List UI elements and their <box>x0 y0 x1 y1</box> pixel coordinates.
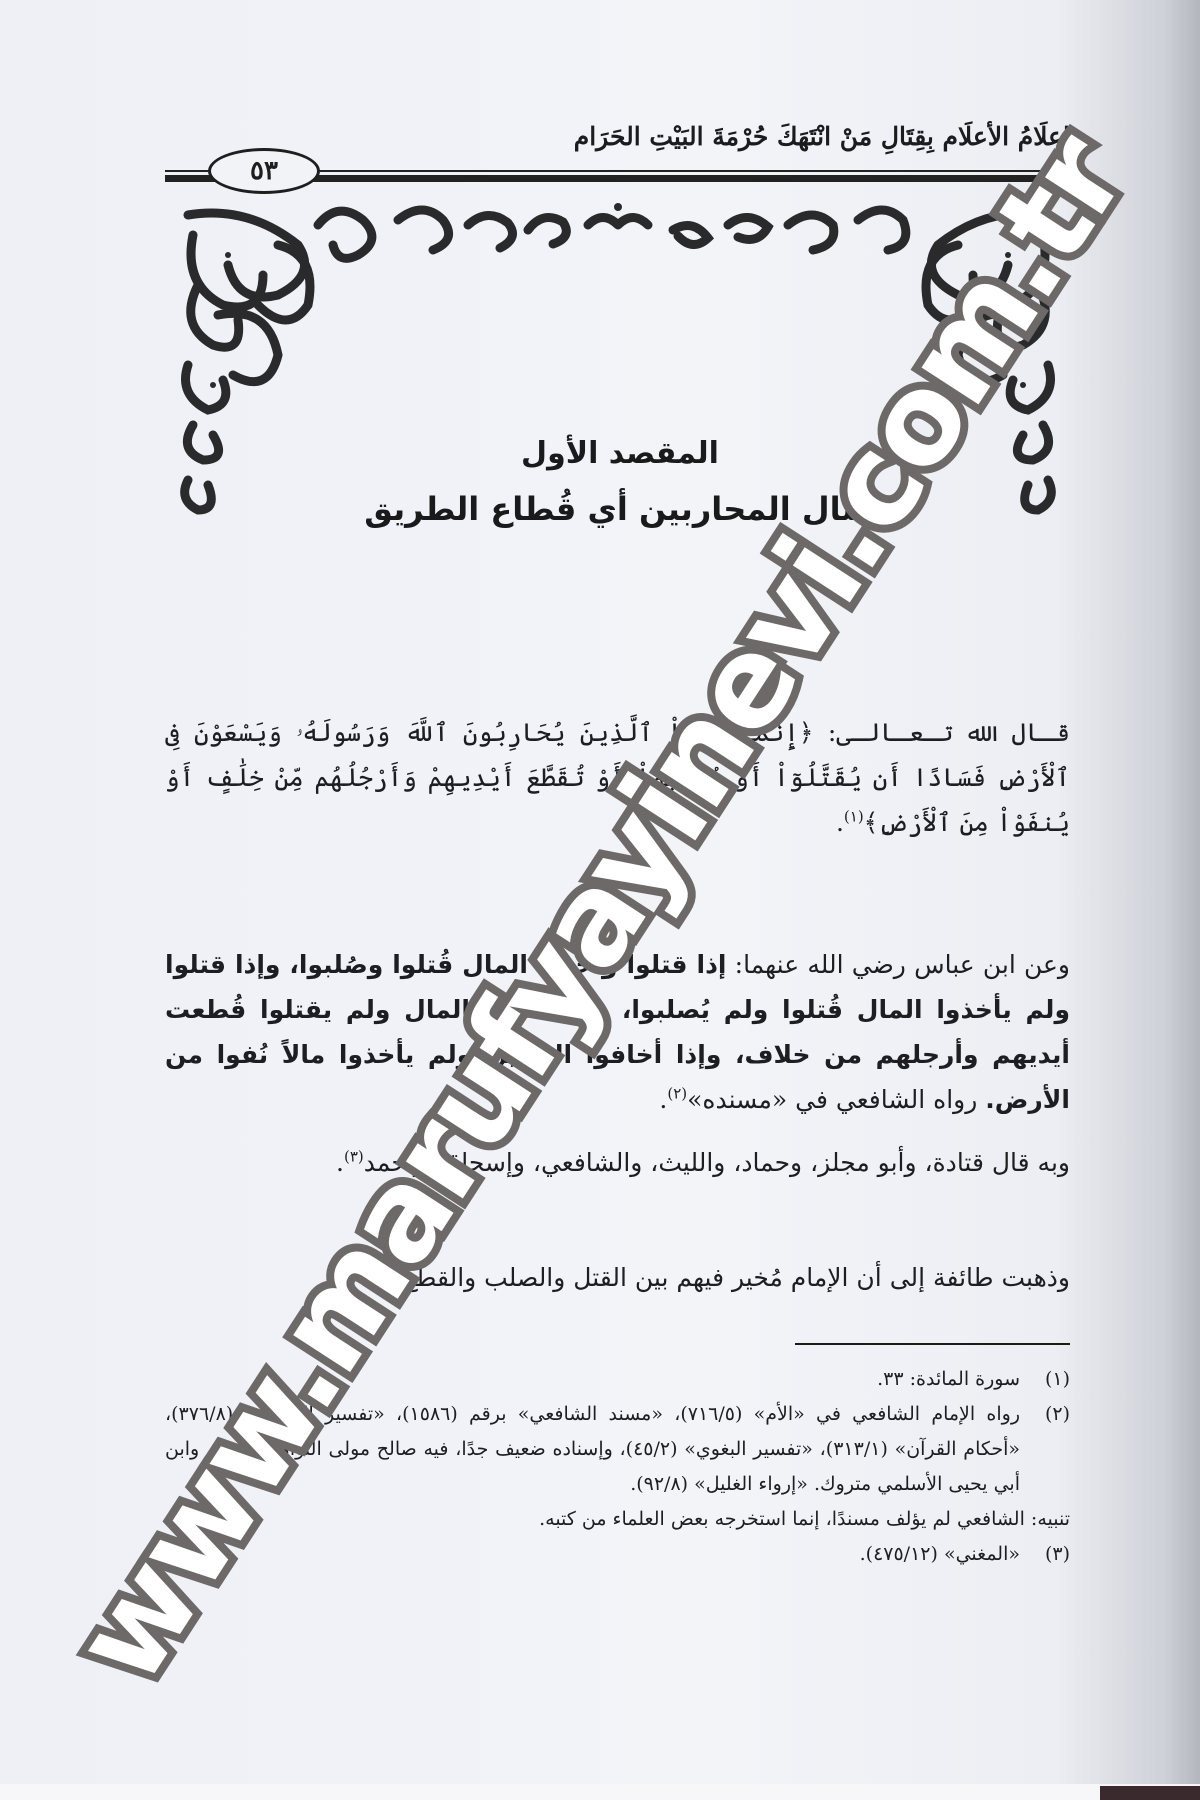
paragraph-scholars: وبه قال قتادة، وأبو مجلز، وحماد، والليث،… <box>165 1140 1130 1185</box>
period: . <box>836 808 844 837</box>
footnote-text: «المغني» (٤٧٥/١٢). <box>860 1543 1020 1565</box>
page-number: ٥٣ <box>208 148 320 194</box>
footnote-ref-1[interactable]: (١) <box>844 808 864 826</box>
section-title: المقصد الأول <box>20 436 1200 471</box>
paragraph-verse: قـال الله تـعـالـى: ﴿إِنَّمَا جَزَٰٓؤُاْ… <box>165 710 1130 845</box>
paragraph-imam-choice: وذهبت طائفة إلى أن الإمام مُخير فيهم بين… <box>165 1255 1130 1300</box>
section-subtitle: قتال المحاربين أي قُطاع الطريق <box>20 490 1200 528</box>
footnote-number: (٢) <box>1045 1397 1070 1432</box>
verse-intro: قـال الله تـعـالـى: <box>814 718 1070 747</box>
narration-source: رواه الشافعي في «مسنده» <box>687 1085 985 1114</box>
footnote-ref-2[interactable]: (٢) <box>667 1085 687 1103</box>
ornament-frame-icon <box>168 195 1068 525</box>
scholars-text: وبه قال قتادة، وأبو مجلز، وحماد، والليث،… <box>364 1148 1070 1177</box>
footnote-ref-3[interactable]: (٣) <box>344 1148 364 1166</box>
footnote-3: (٣)«المغني» (٤٧٥/١٢). <box>165 1537 1070 1572</box>
narration-intro: وعن ابن عباس رضي الله عنهما: <box>726 950 1070 979</box>
footnote-number: (١) <box>1045 1362 1070 1397</box>
footnote-text: رواه الإمام الشافعي في «الأم» (٧١٦/٥)، «… <box>165 1403 1020 1495</box>
footnote-text: تنبيه: الشافعي لم يؤلف مسندًا، إنما استخ… <box>539 1508 1070 1530</box>
running-header-title: إعلَامُ الأعلَام بِقِتَالِ مَنْ انْتَهَك… <box>574 122 1070 151</box>
footnote-2: (٢)رواه الإمام الشافعي في «الأم» (٧١٦/٥)… <box>165 1397 1070 1502</box>
footnote-1: (١)سورة المائدة: ٣٣. <box>165 1362 1070 1397</box>
footnote-number: (٣) <box>1045 1537 1070 1572</box>
book-edge-shadow <box>1100 1786 1200 1800</box>
paragraph-ibn-abbas: وعن ابن عباس رضي الله عنهما: إذا قتلوا و… <box>165 942 1130 1122</box>
footnote-text: سورة المائدة: ٣٣. <box>877 1368 1020 1390</box>
page-bottom-edge <box>0 1784 1200 1800</box>
footnote-note: تنبيه: الشافعي لم يؤلف مسندًا، إنما استخ… <box>165 1502 1070 1537</box>
footnote-separator <box>795 1343 1070 1345</box>
footnotes: (١)سورة المائدة: ٣٣. (٢)رواه الإمام الشا… <box>165 1362 1070 1572</box>
period: . <box>336 1148 344 1177</box>
